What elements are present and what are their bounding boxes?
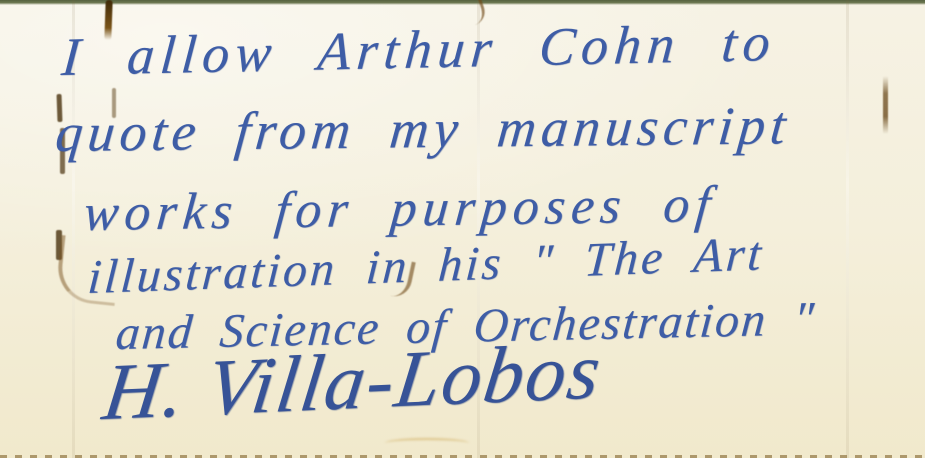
stain-mark	[883, 76, 888, 134]
handwritten-line-1: I allow Arthur Cohn to	[59, 11, 778, 88]
stain-mark	[385, 438, 469, 448]
handwritten-line-2: quote from my manuscript	[53, 94, 793, 164]
scanned-handwritten-note: I allow Arthur Cohn to quote from my man…	[0, 0, 925, 458]
crease-line	[846, 0, 849, 458]
stain-mark	[56, 230, 62, 260]
scan-top-edge	[0, 0, 925, 5]
